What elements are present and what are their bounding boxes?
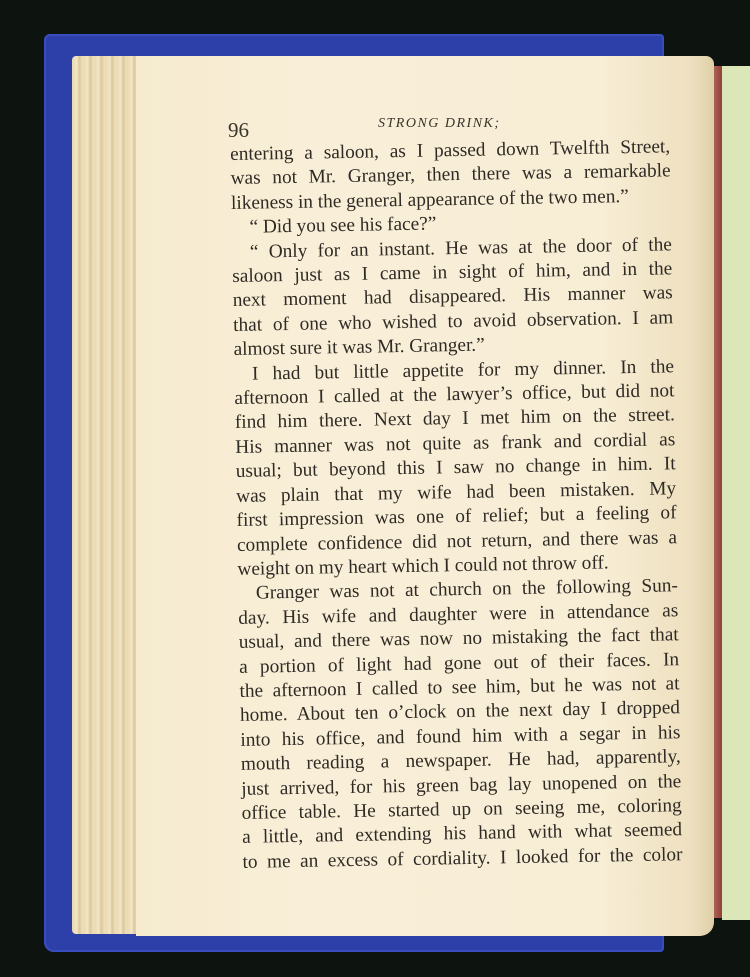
page-number: 96 (228, 118, 249, 143)
facing-page (722, 66, 750, 920)
page-edges (72, 56, 142, 934)
running-head: STRONG DRINK; (378, 116, 501, 132)
body-text: entering a saloon, as I passed down Twel… (230, 135, 683, 875)
page-header: 96 STRONG DRINK; (228, 114, 678, 138)
